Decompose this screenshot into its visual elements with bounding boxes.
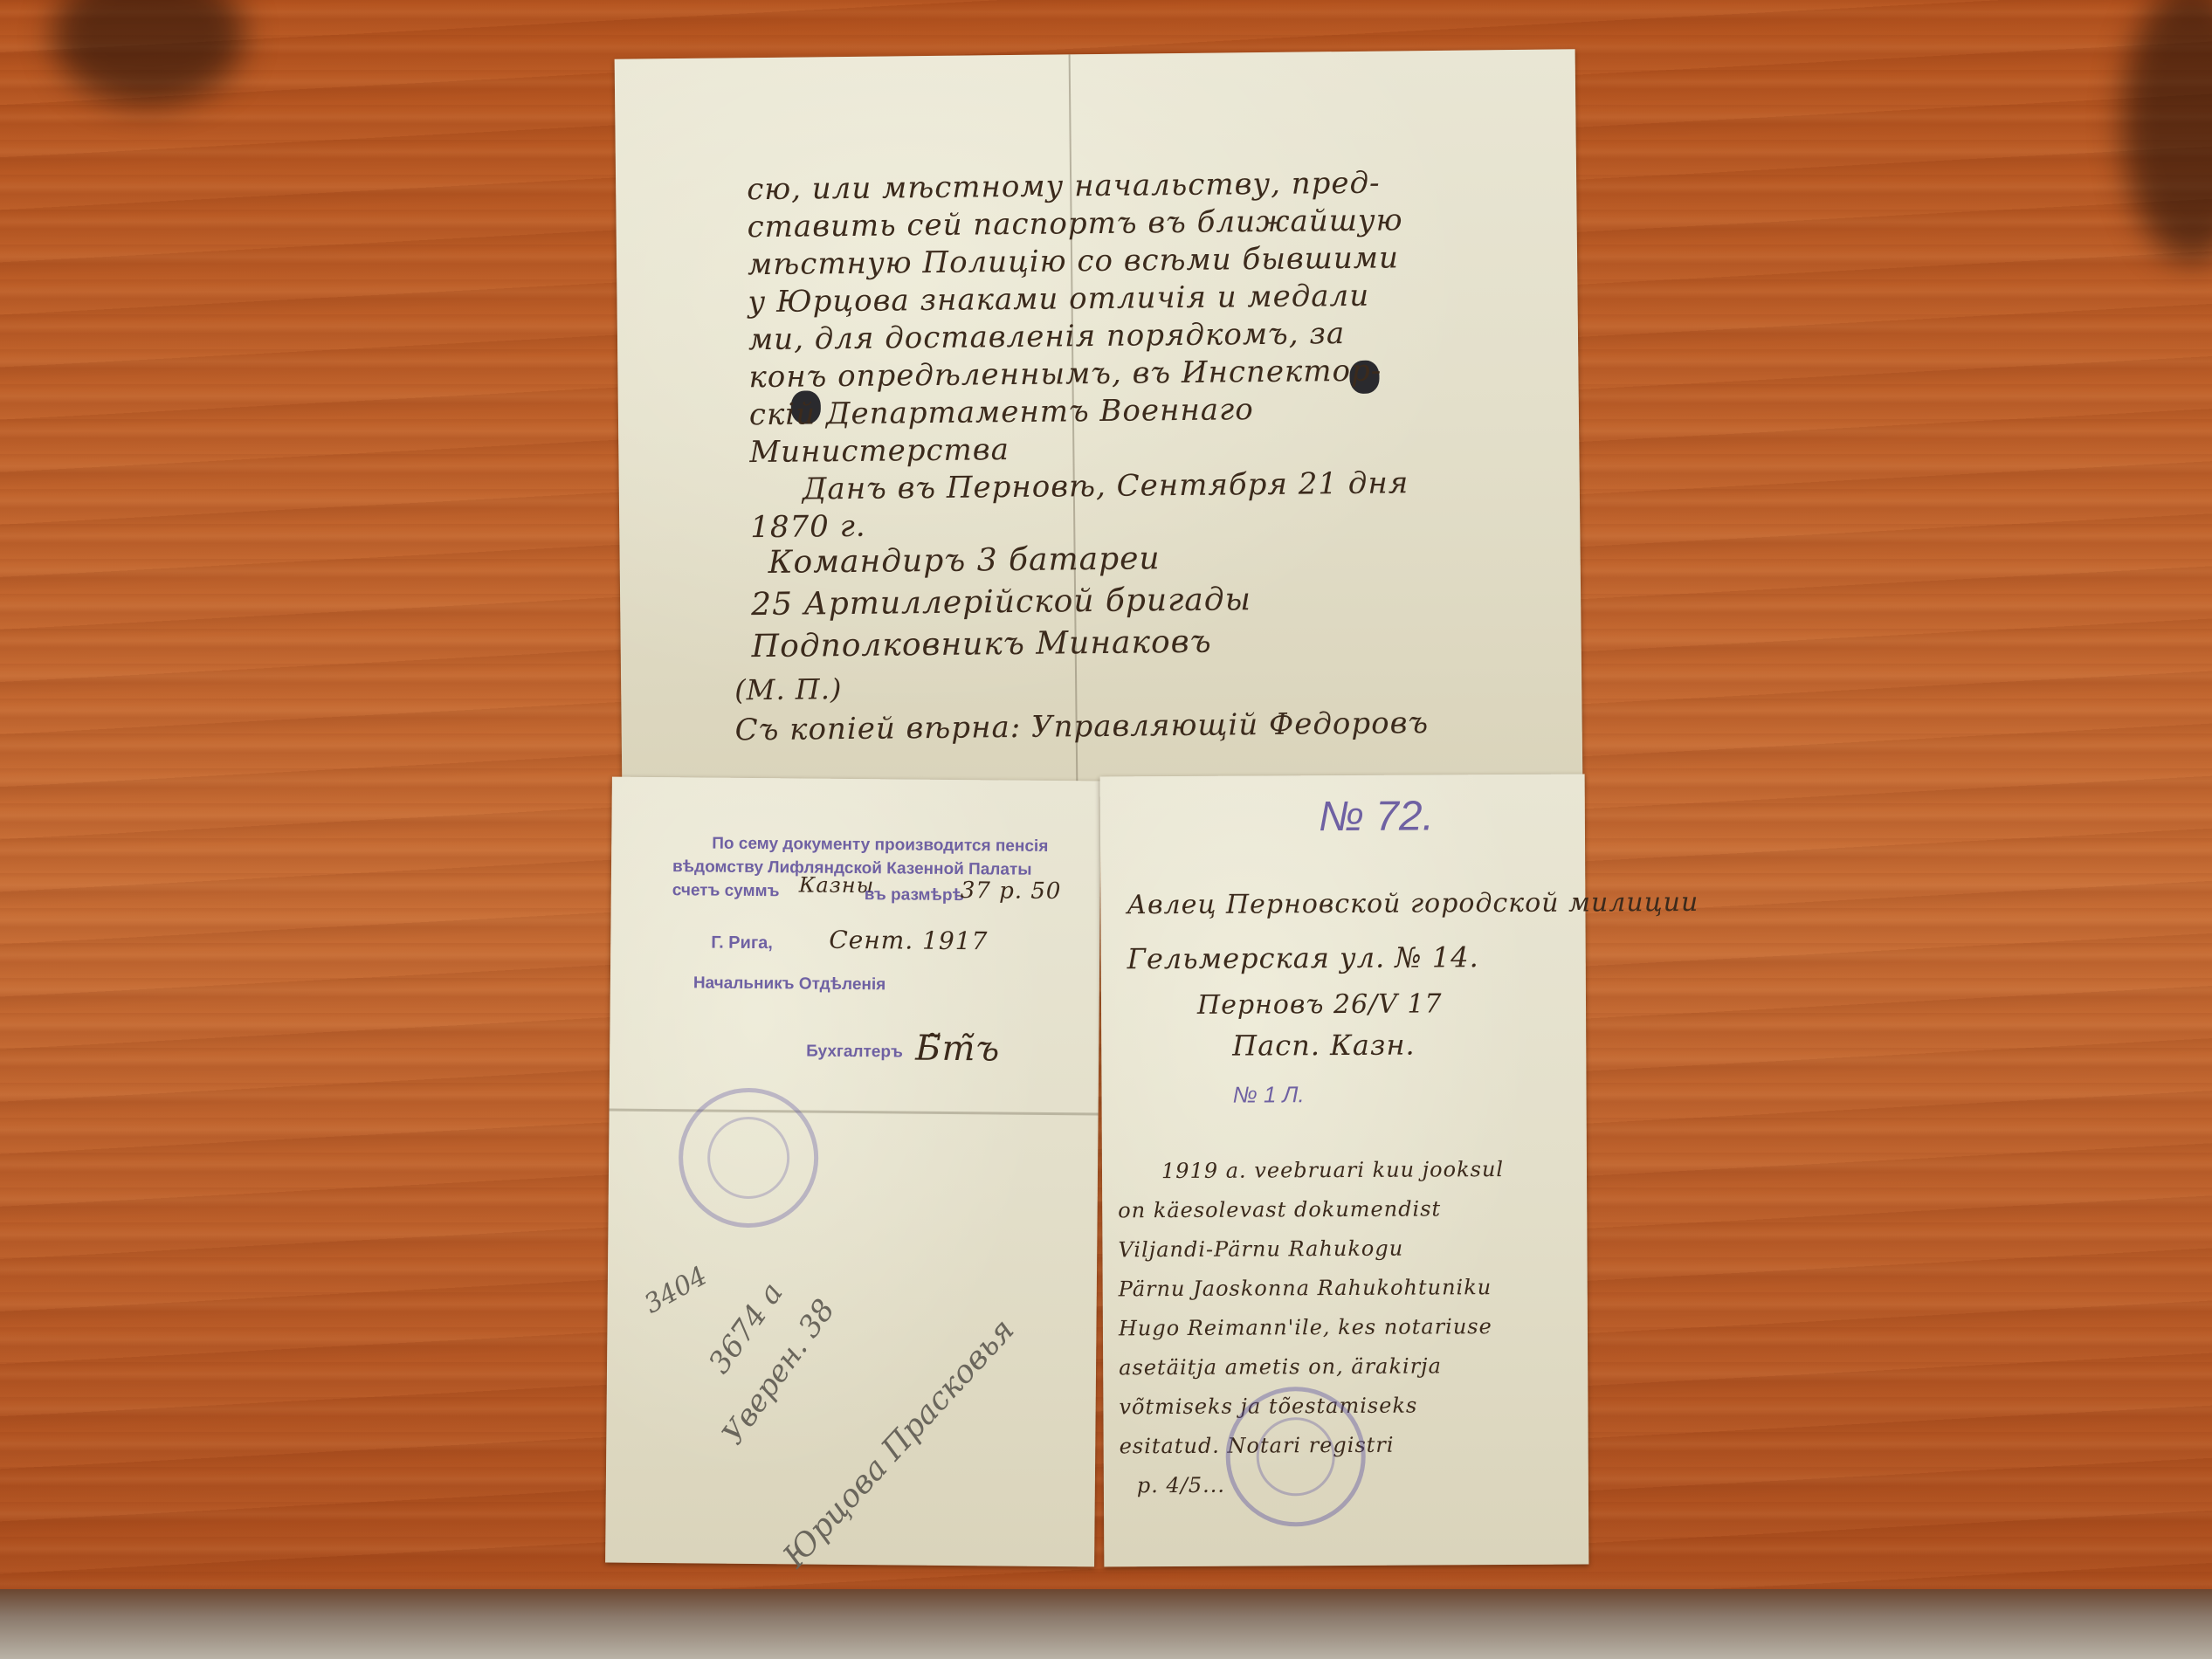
horizontal-fold bbox=[610, 1109, 1099, 1116]
registration-number: № 72. bbox=[1319, 792, 1434, 841]
floor-edge bbox=[0, 1589, 2212, 1659]
pension-stamp-line: счетъ суммъ bbox=[672, 881, 780, 901]
text-line: on käesolevast dokumendist bbox=[1118, 1189, 1504, 1230]
document-bottom-left-panel: По сему документу производится пенсія вѣ… bbox=[605, 777, 1101, 1567]
street-line: Гельмерская ул. № 14. bbox=[1127, 940, 1479, 975]
top-handwritten-text: сю, или мѣстному начальству, пред- стави… bbox=[747, 164, 1409, 547]
text-line: 1919 a. veebruari kuu jooksul bbox=[1118, 1150, 1504, 1191]
pencil-note: 3404 bbox=[639, 1261, 713, 1320]
accountant-label: Бухгалтеръ bbox=[806, 1043, 903, 1063]
copy-certification: Съ копіей вѣрна: Управляющій Федоровъ bbox=[734, 706, 1429, 747]
notary-seal bbox=[1225, 1387, 1366, 1527]
brigade-name: 25 Артиллерійской бригады bbox=[751, 579, 1251, 626]
shadow-top-right bbox=[2122, 0, 2212, 262]
document-top-panel: сю, или мѣстному начальству, пред- стави… bbox=[615, 49, 1583, 792]
commander-name: Подполковникъ Минаковъ bbox=[751, 621, 1251, 668]
passport-line: Пасп. Казн. bbox=[1232, 1029, 1416, 1063]
text-line: Pärnu Jaoskonna Rahukohtuniku bbox=[1119, 1268, 1505, 1309]
text-line: asetäitja ametis on, ärakirja bbox=[1119, 1346, 1505, 1387]
place-label: Г. Рига, bbox=[711, 933, 773, 954]
register-entry: № 1 Л. bbox=[1232, 1081, 1304, 1108]
signature-block: Командиръ 3 батареи 25 Артиллерійской бр… bbox=[750, 537, 1251, 668]
seal-place-note: (М. П.) bbox=[734, 672, 843, 706]
fund-source: Казны bbox=[799, 872, 875, 898]
shadow-top-left bbox=[52, 0, 245, 105]
pension-amount: 37 р. 50 bbox=[961, 878, 1062, 905]
chief-of-department-label: Начальникъ Отдѣленія bbox=[693, 974, 886, 995]
treasury-seal bbox=[678, 1087, 818, 1228]
militia-line: Авлец Перновской городской милиции bbox=[1127, 887, 1699, 920]
stamp-date: Сент. 1917 bbox=[829, 926, 988, 956]
pension-stamp-line: По сему документу производится пенсія bbox=[712, 835, 1048, 857]
date-line: Перновъ 26/V 17 bbox=[1197, 988, 1443, 1020]
text-line: Hugo Reimann'ile, kes notariuse bbox=[1119, 1307, 1505, 1348]
pension-stamp-line: въ размѣрѣ bbox=[865, 885, 964, 905]
document-bottom-right-panel: № 72. Авлец Перновской городской милиции… bbox=[1100, 774, 1589, 1567]
commander-title: Командиръ 3 батареи bbox=[750, 537, 1251, 584]
text-line: Viljandi-Pärnu Rahukogu bbox=[1118, 1229, 1504, 1270]
accountant-signature: Б̃т̃ъ bbox=[915, 1029, 1000, 1070]
